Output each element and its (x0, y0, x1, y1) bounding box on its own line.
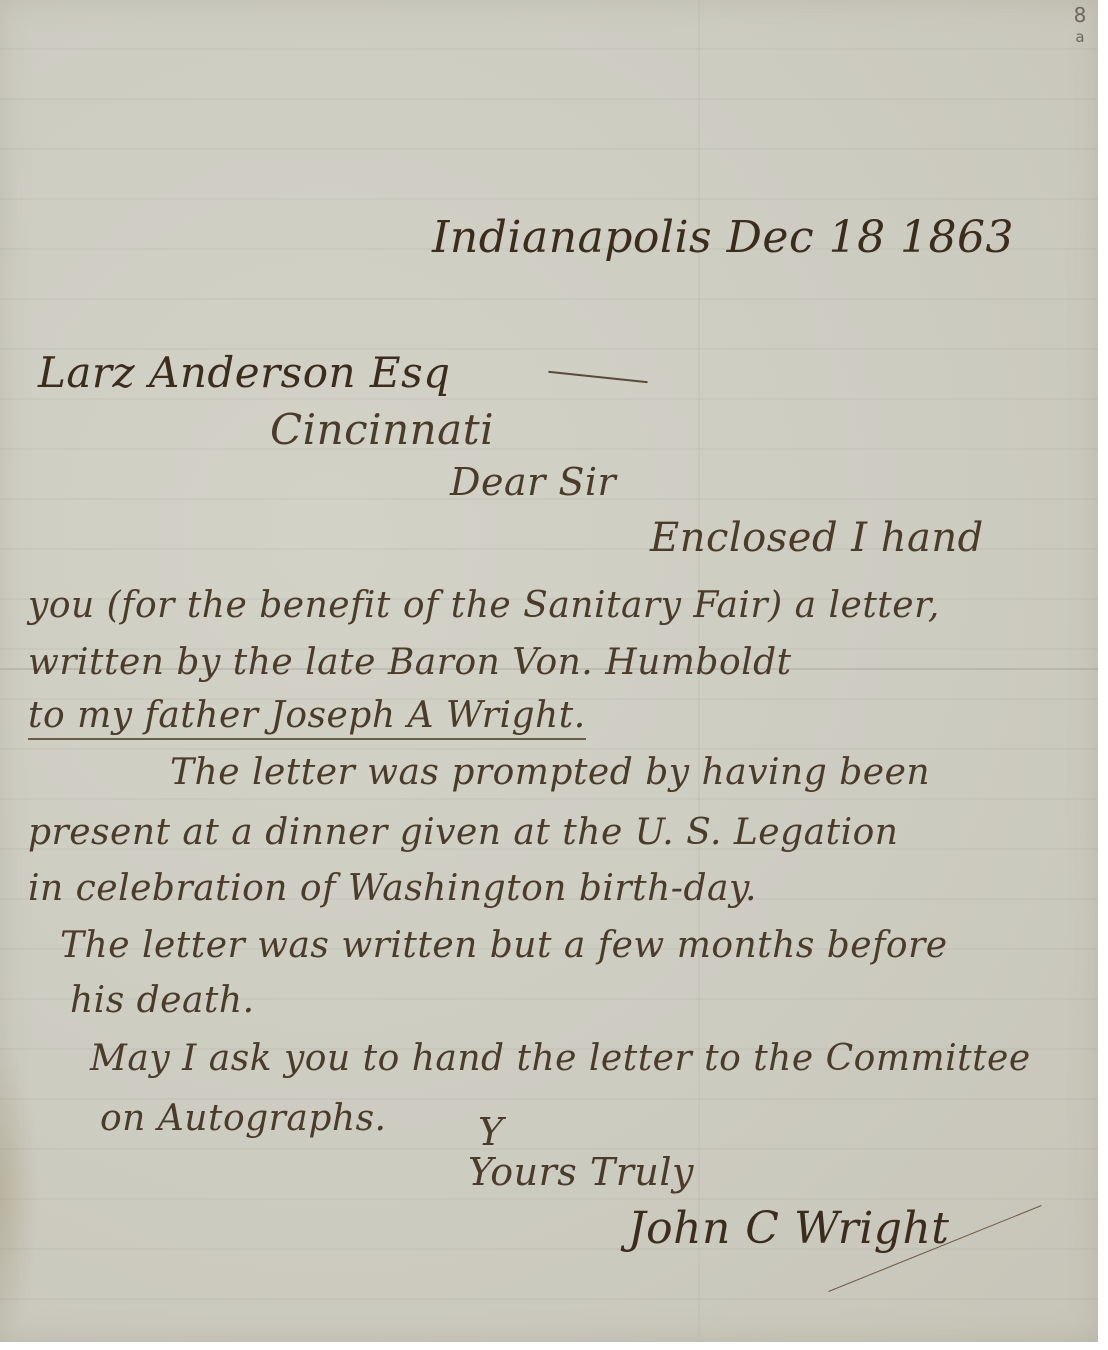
catalog-sub: a (1070, 26, 1090, 48)
body-line-9: his death. (70, 980, 255, 1021)
salutation: Dear Sir (450, 460, 616, 504)
catalog-mark: 8 a (1070, 4, 1090, 48)
addressee-name: Larz Anderson Esq (38, 348, 451, 397)
catalog-number: 8 (1070, 4, 1090, 26)
dateline: Indianapolis Dec 18 1863 (432, 212, 1014, 263)
name-flourish (548, 371, 648, 383)
body-line-7: in celebration of Washington birth-day. (28, 868, 757, 909)
underlined-text: to my father Joseph A Wright. (28, 695, 586, 740)
letter-paper: 8 a Indianapolis Dec 18 1863 Larz Anders… (0, 0, 1098, 1342)
body-line-6: present at a dinner given at the U. S. L… (28, 812, 898, 853)
closing-mark: Y (478, 1110, 504, 1154)
body-line-1: Enclosed I hand (650, 515, 984, 561)
body-line-2: you (for the benefit of the Sanitary Fai… (28, 585, 940, 626)
body-line-8: The letter was written but a few months … (60, 925, 948, 966)
body-line-4: to my father Joseph A Wright. (28, 695, 586, 736)
body-line-5: The letter was prompted by having been (170, 752, 930, 793)
closing-line: Yours Truly (468, 1150, 694, 1194)
addressee-city: Cincinnati (270, 405, 494, 454)
signature: John C Wright (628, 1203, 949, 1254)
body-line-11: on Autographs. (100, 1098, 387, 1139)
body-line-10: May I ask you to hand the letter to the … (90, 1038, 1031, 1079)
edge-stain (0, 1040, 40, 1340)
body-line-3: written by the late Baron Von. Humboldt (28, 642, 792, 683)
